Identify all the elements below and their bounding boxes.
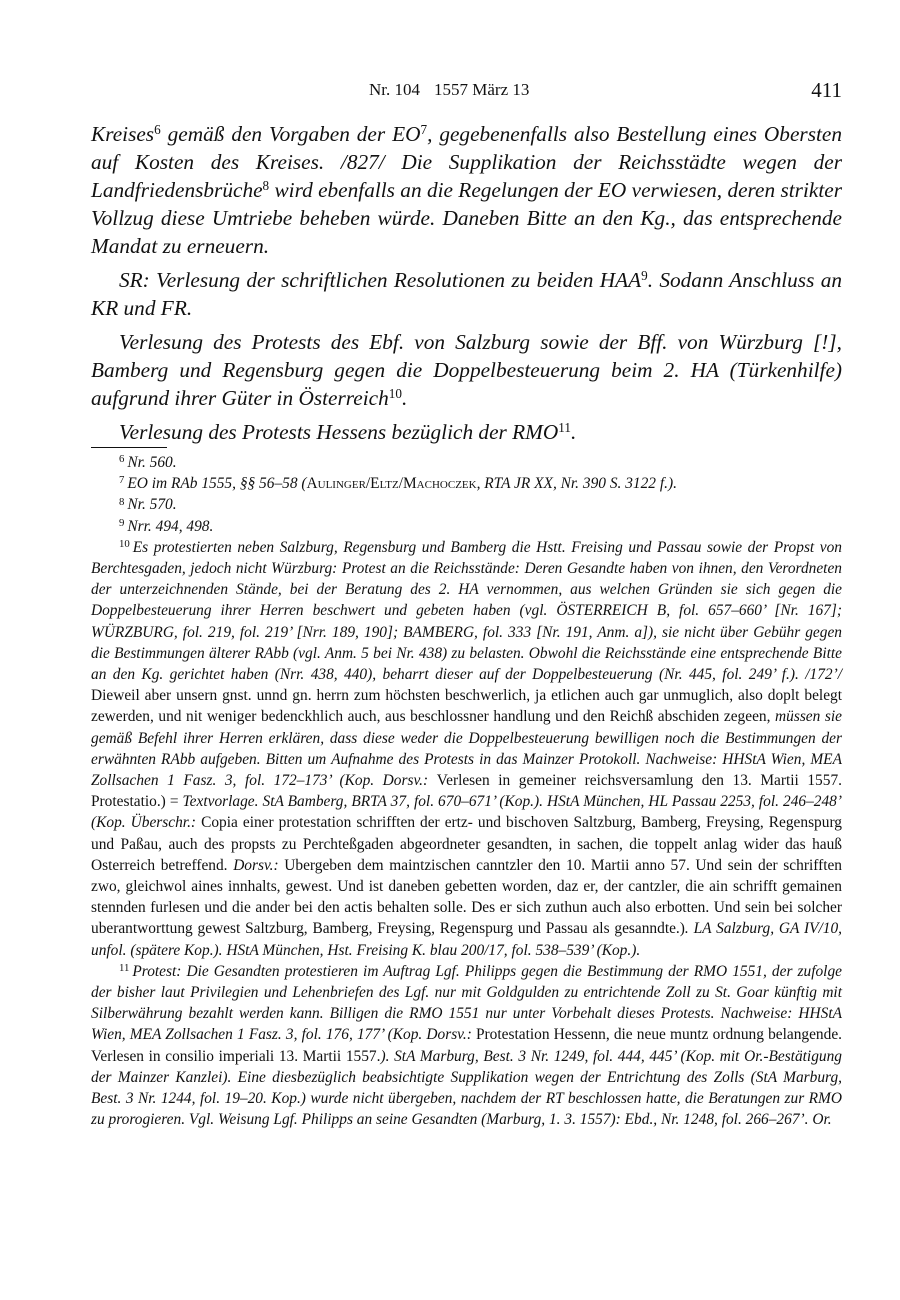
main-paragraph: Kreises6 gemäß den Vorgaben der EO7, geg… — [91, 120, 842, 260]
text-run: Verlesung des Protests Hessens bezüglich… — [119, 420, 558, 444]
italic-text: EO im RAb 1555, §§ 56–58 ( — [127, 475, 306, 492]
text-run: . — [571, 420, 576, 444]
italic-text: Dorsv.: — [233, 857, 284, 874]
footnote-number: 6 — [119, 453, 124, 465]
italic-text: Nr. 570. — [127, 496, 176, 513]
main-paragraph: SR: Verlesung der schriftlichen Resoluti… — [91, 266, 842, 322]
text-run: SR: Verlesung der schriftlichen Resoluti… — [119, 268, 641, 292]
author-names: Aulinger/Eltz/Machoczek — [307, 475, 477, 492]
footnote-reference: 9 — [641, 268, 648, 283]
footnote-number: 7 — [119, 474, 124, 486]
quoted-source-text: Dieweil aber unsern gnst. unnd gn. herrn… — [91, 687, 842, 725]
text-run: . — [402, 386, 407, 410]
main-paragraph: Verlesung des Protests des Ebf. von Salz… — [91, 328, 842, 412]
footnote-reference: 6 — [154, 122, 161, 137]
footnote: 10Es protestierten neben Salzburg, Regen… — [91, 537, 842, 961]
page-number: 411 — [811, 78, 842, 103]
footnote: 11Protest: Die Gesandten protestieren im… — [91, 961, 842, 1131]
footnote-number: 11 — [119, 962, 129, 974]
text-run: Kreises — [91, 122, 154, 146]
footnote: 6Nr. 560. — [91, 452, 842, 473]
footnote-reference: 10 — [389, 386, 402, 401]
text-run: gemäß den Vorgaben der EO — [161, 122, 421, 146]
running-head-title: Nr. 1041557 März 13 — [369, 80, 529, 100]
text-run: Verlesung des Protests des Ebf. von Salz… — [91, 330, 842, 410]
footnote: 7EO im RAb 1555, §§ 56–58 (Aulinger/Eltz… — [91, 473, 842, 494]
italic-text: , RTA JR XX, Nr. 390 S. 3122 f.). — [477, 475, 677, 492]
italic-text: Nrr. 494, 498. — [127, 518, 213, 535]
main-paragraph: Verlesung des Protests Hessens bezüglich… — [91, 418, 842, 446]
document-date: 1557 März 13 — [434, 80, 529, 99]
document-number: Nr. 104 — [369, 80, 420, 99]
footnote-separator — [91, 447, 167, 448]
footnote-reference: 11 — [558, 420, 571, 435]
main-text: Kreises6 gemäß den Vorgaben der EO7, geg… — [91, 120, 842, 452]
footnote-number: 10 — [119, 538, 130, 550]
footnote-number: 9 — [119, 517, 124, 529]
footnote-number: 8 — [119, 496, 124, 508]
italic-text: Nr. 560. — [127, 454, 176, 471]
running-head: Nr. 1041557 März 13 411 — [91, 78, 842, 106]
italic-text: Es protestierten neben Salzburg, Regensb… — [91, 539, 842, 683]
footnotes: 6Nr. 560. 7EO im RAb 1555, §§ 56–58 (Aul… — [91, 452, 842, 1131]
footnote: 8Nr. 570. — [91, 494, 842, 515]
footnote: 9Nrr. 494, 498. — [91, 516, 842, 537]
